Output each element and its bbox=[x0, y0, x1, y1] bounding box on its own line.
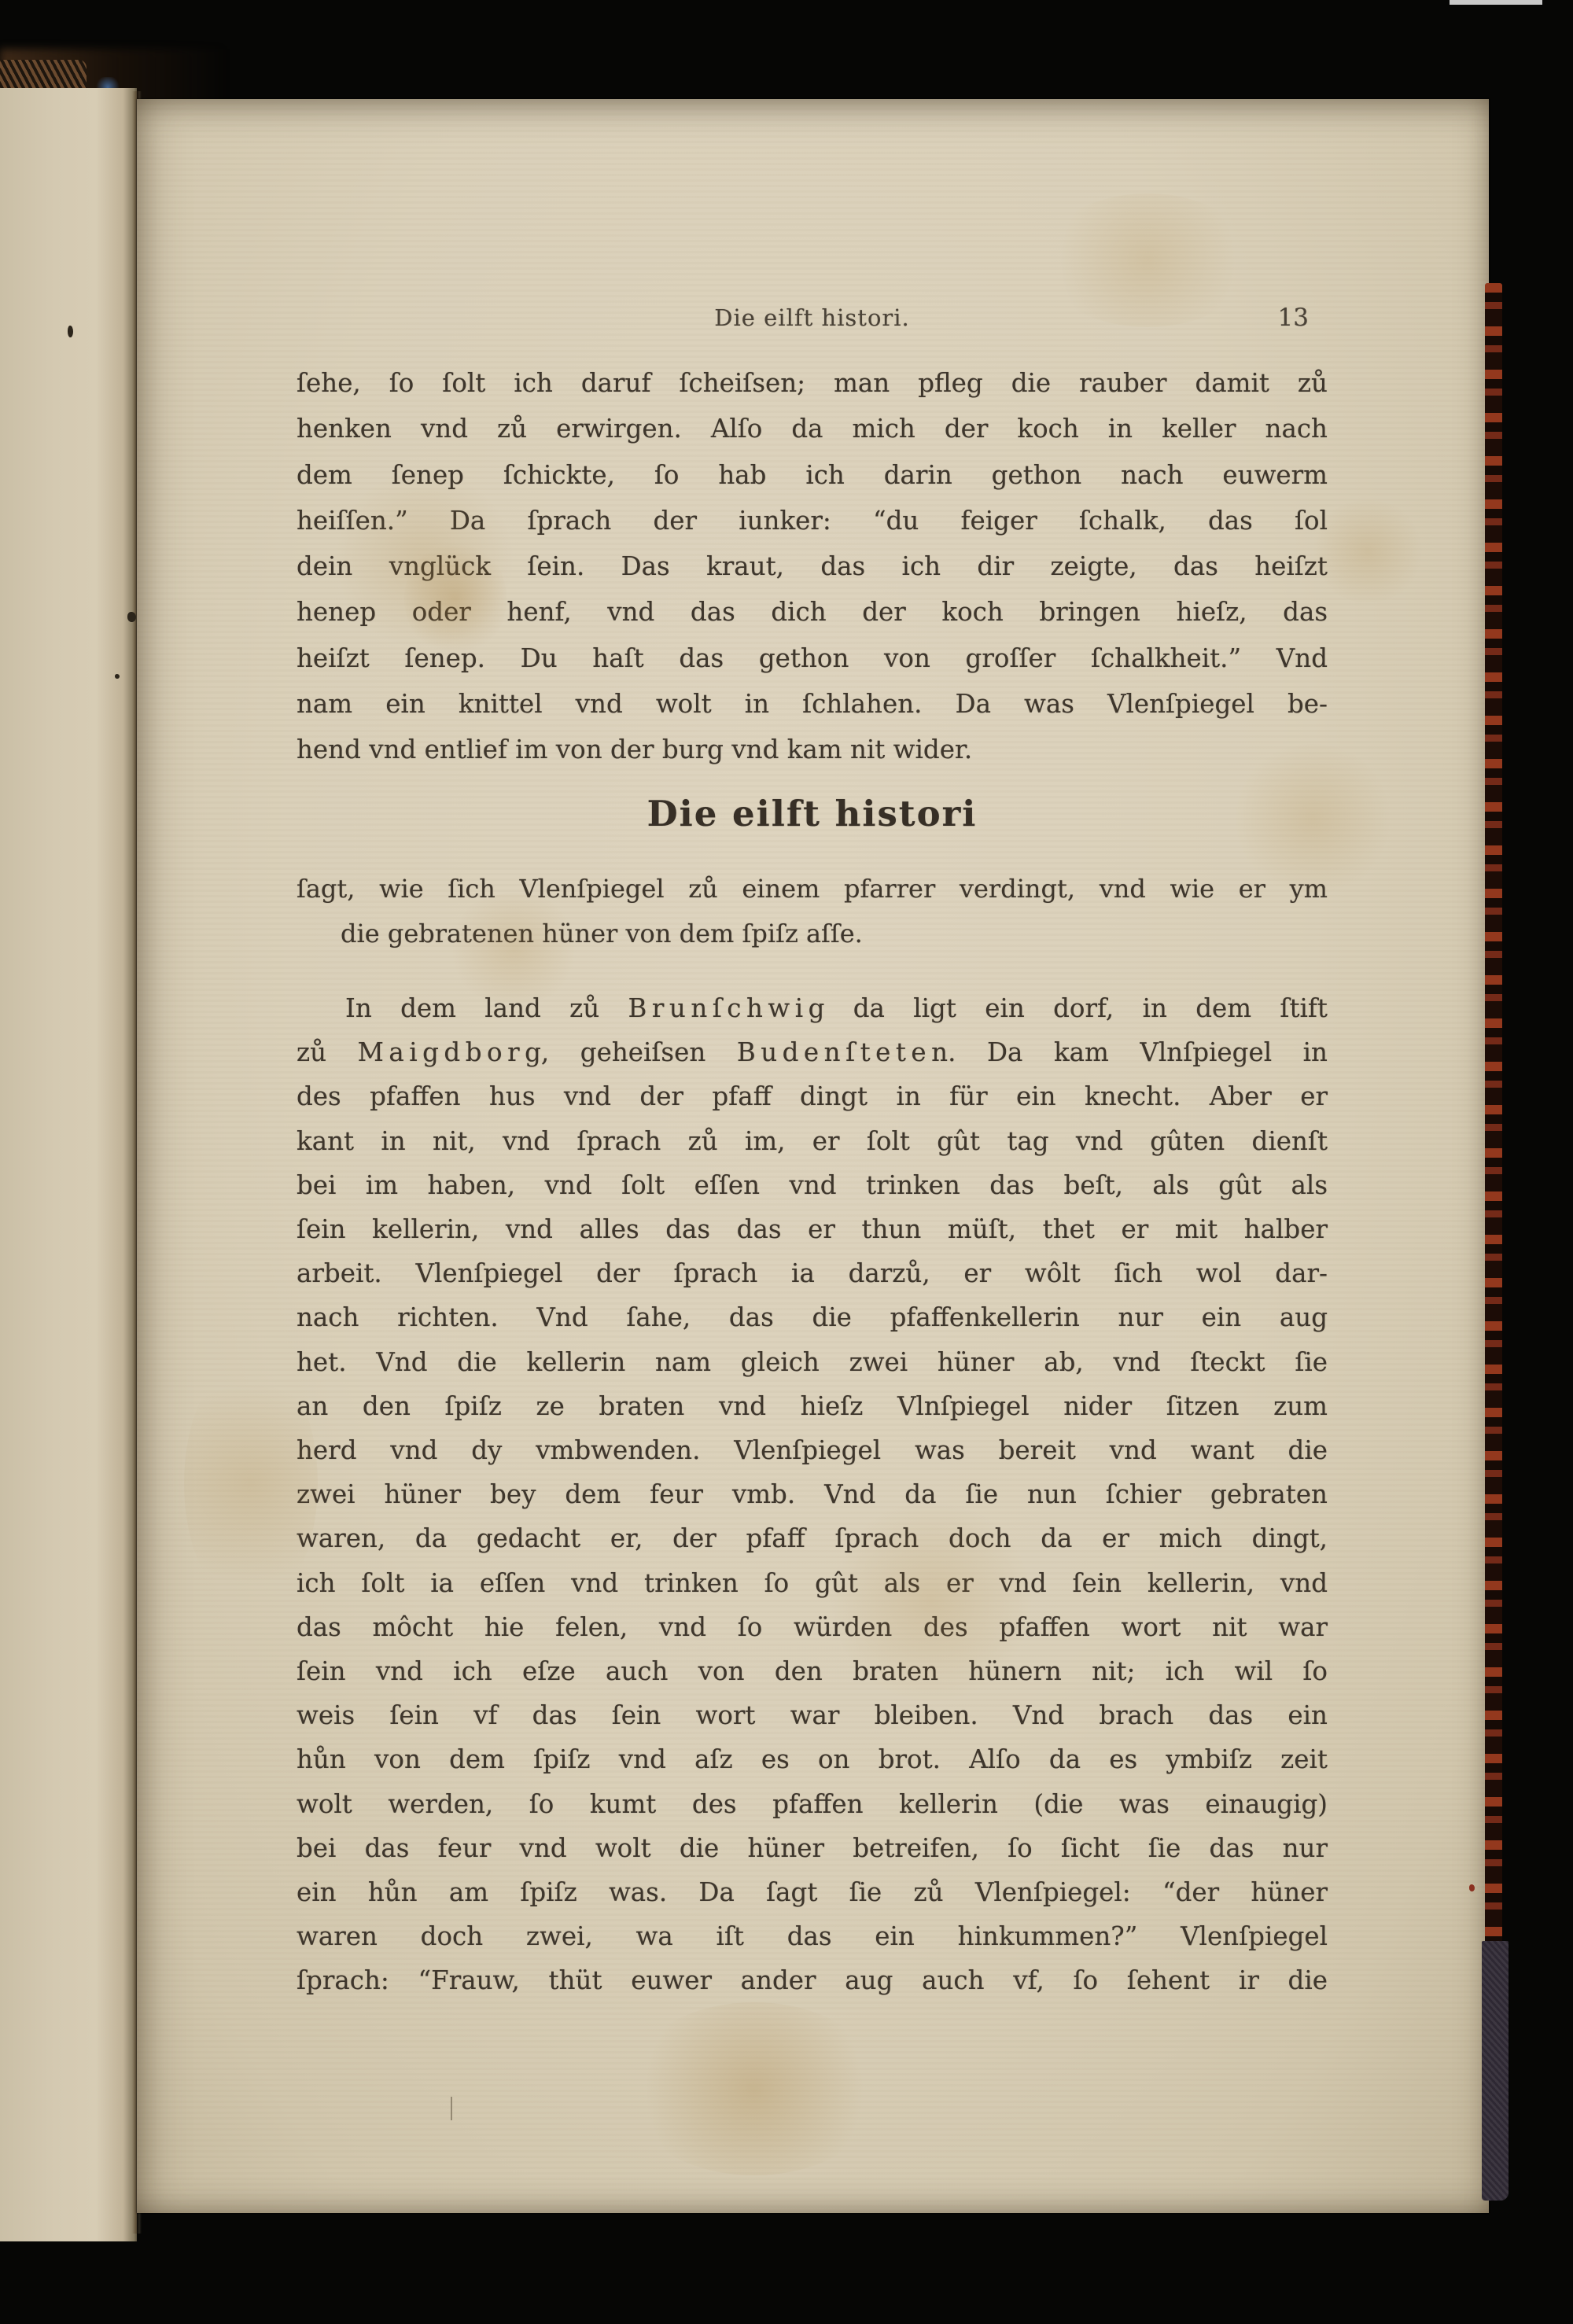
text-line: hend vnd entlief im von der burg vnd kam… bbox=[297, 727, 1328, 772]
chapter-subtitle: ſagt, wie ſich Vlenſpiegel zů einem pfar… bbox=[297, 867, 1328, 956]
chapter-body: In dem land zů B r u n ſ c h w i g da li… bbox=[297, 986, 1328, 2003]
page-number: 13 bbox=[1278, 302, 1309, 333]
ink-fleck bbox=[1469, 1884, 1475, 1891]
text-line: kant in nit, vnd ſprach zů im, er ſolt g… bbox=[297, 1119, 1328, 1163]
text-line: In dem land zů B r u n ſ c h w i g da li… bbox=[297, 986, 1328, 1030]
text-line: die gebratenen hüner von dem ſpiſz aſſe. bbox=[297, 912, 1328, 956]
text-line: wolt werden, ſo kumt des pfaffen kelleri… bbox=[297, 1782, 1328, 1826]
ink-fleck bbox=[127, 612, 136, 622]
text-line: ſprach: “Frauw, thüt euwer ander aug auc… bbox=[297, 1958, 1328, 2002]
text-line: bei im haben, vnd ſolt eſſen vnd trinken… bbox=[297, 1163, 1328, 1207]
text-line: ſein kellerin, vnd alles das das er thun… bbox=[297, 1207, 1328, 1251]
cover-board-edge bbox=[1482, 1941, 1509, 2201]
scan-edge-artifact bbox=[1450, 0, 1542, 5]
text-line: henep oder henf, vnd das dich der koch b… bbox=[297, 589, 1328, 635]
text-line: das môcht hie felen, vnd ſo würden des p… bbox=[297, 1605, 1328, 1649]
text-line: heiſſen.” Da ſprach der iunker: “du feig… bbox=[297, 498, 1328, 543]
text-line: ſagt, wie ſich Vlenſpiegel zů einem pfar… bbox=[297, 867, 1328, 912]
running-head-row: Die eilft histori. 13 bbox=[297, 302, 1328, 333]
text-line: dein vnglück ſein. Das kraut, das ich di… bbox=[297, 543, 1328, 589]
text-line: zwei hüner bey dem feur vmb. Vnd da ſie … bbox=[297, 1472, 1328, 1516]
fore-edge-speckles bbox=[1485, 283, 1502, 1974]
text-line: arbeit. Vlenſpiegel der ſprach ia darzů,… bbox=[297, 1251, 1328, 1295]
text-line: herd vnd dy vmbwenden. Vlenſpiegel was b… bbox=[297, 1428, 1328, 1472]
text-line: zů M a i g d b o r g, geheiſsen B u d e … bbox=[297, 1030, 1328, 1074]
text-line: nach richten. Vnd ſahe, das die pfaffenk… bbox=[297, 1295, 1328, 1339]
ink-fleck bbox=[68, 326, 73, 337]
foxing-stain bbox=[624, 2002, 884, 2175]
scanned-book-photo: Die eilft histori. 13 ſehe, ſo ſolt ich … bbox=[0, 0, 1573, 2324]
text-line: dem ſenep ſchickte, ſo hab ich darin get… bbox=[297, 452, 1328, 498]
text-line: henken vnd zů erwirgen. Alſo da mich der… bbox=[297, 406, 1328, 451]
text-line: an den ſpiſz ze braten vnd hieſz Vlnſpie… bbox=[297, 1384, 1328, 1428]
text-line: hůn von dem ſpiſz vnd aſz es on brot. Al… bbox=[297, 1737, 1328, 1781]
text-line: nam ein knittel vnd wolt in ſchlahen. Da… bbox=[297, 681, 1328, 727]
running-head-title: Die eilft histori. bbox=[297, 302, 1328, 333]
text-line: des pfaffen hus vnd der pfaff dingt in f… bbox=[297, 1074, 1328, 1118]
text-line: ſein vnd ich eſze auch von den braten hü… bbox=[297, 1649, 1328, 1693]
text-line: weis ſein vf das ſein wort war bleiben. … bbox=[297, 1693, 1328, 1737]
text-line: het. Vnd die kellerin nam gleich zwei hü… bbox=[297, 1340, 1328, 1384]
text-line: ſehe, ſo ſolt ich daruf ſcheiſsen; man p… bbox=[297, 360, 1328, 406]
text-line: waren, da gedacht er, der pfaff ſprach d… bbox=[297, 1516, 1328, 1560]
book-page: Die eilft histori. 13 ſehe, ſo ſolt ich … bbox=[137, 99, 1489, 2213]
text-line: ich ſolt ia eſſen vnd trinken ſo gût als… bbox=[297, 1561, 1328, 1605]
intro-paragraph: ſehe, ſo ſolt ich daruf ſcheiſsen; man p… bbox=[297, 360, 1328, 773]
chapter-heading: Die eilft histori bbox=[297, 793, 1328, 834]
text-line: ein hůn am ſpiſz was. Da ſagt ſie zů Vle… bbox=[297, 1870, 1328, 1914]
text-line: waren doch zwei, wa iſt das ein hinkumme… bbox=[297, 1914, 1328, 1958]
facing-page-edge bbox=[0, 88, 137, 2241]
text-line: bei das feur vnd wolt die hüner betreife… bbox=[297, 1826, 1328, 1870]
paper-scratch bbox=[451, 2097, 452, 2120]
ink-fleck bbox=[115, 674, 120, 679]
text-line: heiſzt ſenep. Du haſt das gethon von gro… bbox=[297, 635, 1328, 681]
